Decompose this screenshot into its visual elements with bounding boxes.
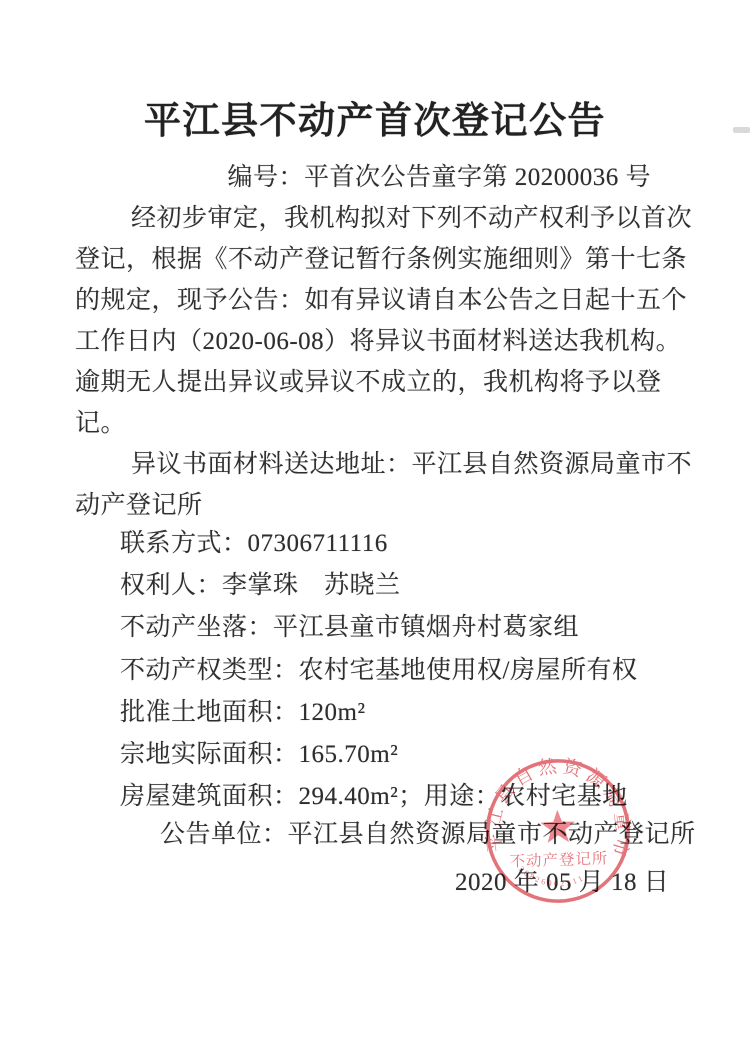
body-line: 逾期无人提出异议或异议不成立的，我机构将予以登 — [75, 369, 662, 398]
body-line: 工作日内（2020-06-08）将异议书面材料送达我机构。 — [75, 328, 681, 357]
scan-artifact — [733, 127, 750, 133]
page-title: 平江县不动产首次登记公告 — [0, 90, 750, 144]
body-line: 登记，根据《不动产登记暂行条例实施细则》第十七条 — [75, 246, 687, 275]
body-line: 记。 — [75, 410, 126, 439]
detail-line-location: 不动产坐落：平江县童市镇烟舟村葛家组 — [120, 614, 579, 643]
body-line: 经初步审定，我机构拟对下列不动产权利予以首次 — [131, 205, 692, 234]
body-line: 的规定，现予公告：如有异议请自本公告之日起十五个 — [75, 287, 687, 316]
doc-number-line: 编号：平首次公告童字第 20200036 号 — [227, 157, 651, 193]
detail-line-rights-holder: 权利人：李掌珠 苏晓兰 — [120, 572, 401, 601]
seal-star-icon — [540, 809, 576, 843]
notice-document-page: 平江县不动产首次登记公告 编号：平首次公告童字第 20200036 号 经初步审… — [0, 0, 750, 1060]
address-line: 动产登记所 — [75, 492, 203, 521]
address-line: 异议书面材料送达地址：平江县自然资源局童市不 — [131, 451, 692, 480]
detail-line-right-type: 不动产权类型：农村宅基地使用权/房屋所有权 — [120, 657, 637, 686]
official-seal: 平江县自然资源局童市 不动产登记所 30826002211 — [470, 743, 646, 919]
detail-line-parcel-area: 宗地实际面积：165.70m² — [120, 741, 398, 770]
detail-line-approved-area: 批准土地面积：120m² — [120, 699, 365, 728]
detail-line-contact: 联系方式：07306711116 — [120, 530, 388, 559]
